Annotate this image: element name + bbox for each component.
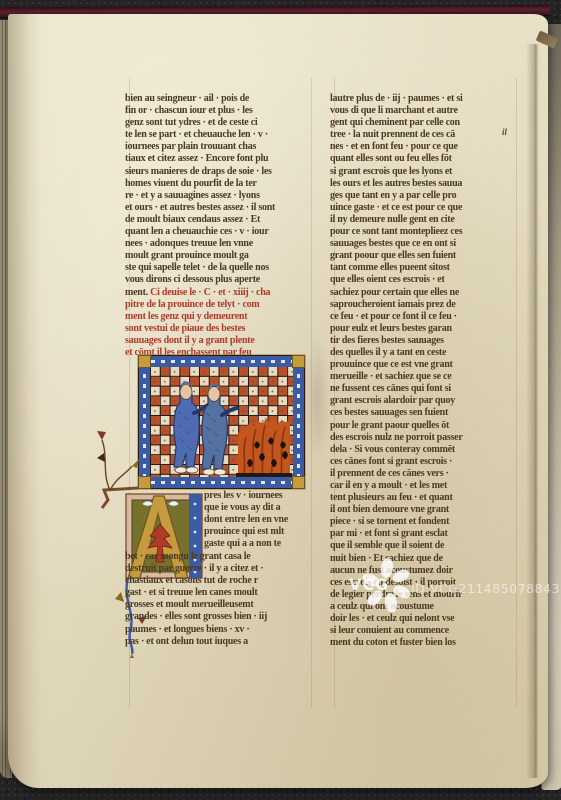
text-line: tree · la nuit prennent de ces cā bbox=[330, 129, 522, 141]
text-line: gaste qui a a non te bbox=[204, 538, 320, 550]
text-line: piece · si se tornent et fondent bbox=[330, 516, 522, 528]
text-line: sauuages dont il y a grant plente bbox=[125, 335, 317, 347]
text-line: homes viuent du pourfit de la ter bbox=[125, 178, 317, 190]
text-line: il ont bien demoure vne grant bbox=[330, 504, 522, 516]
text-line: nuit bien · Et sachiez que de bbox=[330, 553, 522, 565]
text-line: iournees par plain trouuant chas bbox=[125, 141, 317, 153]
text-line: bien au seingneur · ail · pois de bbox=[125, 93, 317, 105]
text-line: sieurs manieres de draps de soie · les bbox=[125, 166, 317, 178]
left-column-upper-text: bien au seingneur · ail · pois defin or … bbox=[125, 93, 317, 359]
text-line: prouuince que ce est vne grant bbox=[330, 359, 522, 371]
text-line: si leur conuient au commence bbox=[330, 625, 522, 637]
text-line: ment les genz qui y demeurent bbox=[125, 311, 317, 323]
text-line: sauuages bestes que ce en ont si bbox=[330, 238, 522, 250]
text-line: des quelles il y a tant en ceste bbox=[330, 347, 522, 359]
text-line: il ny demeure nulle gent en cite bbox=[330, 214, 522, 226]
watermark-brand: VCG bbox=[349, 575, 389, 594]
text-line: genz sont tut ydres · et de ceste ci bbox=[125, 117, 317, 129]
text-line: ment du coton et fuster bien los bbox=[330, 637, 522, 649]
text-line: quant len a cheuauchie ces · v · iour bbox=[125, 226, 317, 238]
text-line: doir les · et ceulz qui nelont vse bbox=[330, 613, 522, 625]
border-ornament bbox=[151, 360, 294, 363]
text-line: ne fussent ces cānes qui font si bbox=[330, 383, 522, 395]
text-line: tir des fieres bestes sauuages bbox=[330, 335, 522, 347]
text-line: sont vestui de piaue des bestes bbox=[125, 323, 317, 335]
text-line: pas · et ont delun tout iuques a bbox=[125, 636, 317, 648]
text-line: quant elles sont ou feu elles fōt bbox=[330, 153, 522, 165]
text-line: fin or · chascun iour et plus · les bbox=[125, 105, 317, 117]
left-column-indented-text: pres les v · iourneesque ie vous ay dit … bbox=[204, 490, 320, 550]
text-line: si grant escrois que les lyons et bbox=[330, 166, 522, 178]
text-line: des escrois nulz ne porroit passer bbox=[330, 432, 522, 444]
text-line: lautre plus de · iij · paumes · et si bbox=[330, 93, 522, 105]
text-line: re · et y a sauuagines assez · lyons bbox=[125, 190, 317, 202]
text-line: ste qui sapelle telet · de la quelle nos bbox=[125, 262, 317, 274]
text-run: Ci deuise le · C · et · xiiij · cha bbox=[150, 287, 270, 298]
text-line: vous di que li marchant et autre bbox=[330, 105, 522, 117]
text-line: gent qui cheminent par celle con bbox=[330, 117, 522, 129]
text-line: moult grant prouince moult ga bbox=[125, 250, 317, 262]
text-line: prouince qui est mlt bbox=[204, 526, 320, 538]
margin-note: il bbox=[502, 127, 507, 137]
text-line: paumes · et longues biens · xv · bbox=[125, 624, 317, 636]
text-line: de moult biaux cendaus assez · Et bbox=[125, 214, 317, 226]
text-line: tiaux et citez assez · Encore font plu bbox=[125, 153, 317, 165]
text-line: nes · et en font feu · pour ce que bbox=[330, 141, 522, 153]
text-line: pitre de la prouince de telyt · com bbox=[125, 299, 317, 311]
left-column-lower-text: bet · car mongu le grant casa ledestruit… bbox=[125, 551, 317, 648]
text-line: sachiez pour certain que elles ne bbox=[330, 287, 522, 299]
text-line: que ie vous ay dit a bbox=[204, 502, 320, 514]
text-line: il prennent de ces cānes vers · bbox=[330, 468, 522, 480]
text-line: par mi · et font si grant esclat bbox=[330, 528, 522, 540]
right-column-text: lautre plus de · iij · paumes · et sivou… bbox=[330, 93, 522, 649]
text-line: destruit par guerre · il y a citez et · bbox=[125, 563, 317, 575]
text-line: saproucheroient iamais prez de bbox=[330, 299, 522, 311]
text-line: pour le grant paour quelles ōt bbox=[330, 420, 522, 432]
text-line: ces cānes font si grant escrois · bbox=[330, 456, 522, 468]
text-line: pres les v · iournees bbox=[204, 490, 320, 502]
watermark-id: ID:VCG211485078843 bbox=[411, 581, 560, 596]
text-line: nees · adonques treuue len vnne bbox=[125, 238, 317, 250]
text-line: et ours · et autres bestes assez · il so… bbox=[125, 202, 317, 214]
text-line: que il semble que il soient de bbox=[330, 540, 522, 552]
text-line: dela · Si vous conteray commēt bbox=[330, 444, 522, 456]
text-line: ce feu · et pour ce font il ce feu · bbox=[330, 311, 522, 323]
text-run: ment. bbox=[125, 287, 150, 298]
text-line: a ceulz qui ont acoustume bbox=[330, 601, 522, 613]
photo-background: bien au seingneur · ail · pois defin or … bbox=[0, 0, 561, 800]
text-line: grandes · elles sont grosses bien · iij bbox=[125, 611, 317, 623]
text-line: gast · et si treuue len canes moult bbox=[125, 587, 317, 599]
text-line: grosses et moult merueilleusemt bbox=[125, 599, 317, 611]
text-line: ment. Ci deuise le · C · et · xiiij · ch… bbox=[125, 287, 317, 299]
text-line: que elles oient ces escrois · et bbox=[330, 274, 522, 286]
text-line: dont entre len en vne bbox=[204, 514, 320, 526]
text-line: tent plusieurs au feu · et quant bbox=[330, 492, 522, 504]
text-line: merueille · et sachiez que se ce bbox=[330, 371, 522, 383]
text-line: uince gaste · et ce est pour ce que bbox=[330, 202, 522, 214]
text-line: tant comme elles pueent sitost bbox=[330, 262, 522, 274]
fire-icon bbox=[236, 417, 292, 477]
text-line: chastiaux et casons tut de roche r bbox=[125, 575, 317, 587]
text-line: ges que tant en y a par celle pro bbox=[330, 190, 522, 202]
text-line: car il en y a moult · et les met bbox=[330, 480, 522, 492]
text-line: bet · car mongu le grant casa le bbox=[125, 551, 317, 563]
text-line: pour ce sont tant monteplieez ces bbox=[330, 226, 522, 238]
text-line: les ours et les autres bestes sauua bbox=[330, 178, 522, 190]
text-line: pour eulz et leurs bestes garan bbox=[330, 323, 522, 335]
manuscript-page: bien au seingneur · ail · pois defin or … bbox=[8, 14, 548, 788]
text-line: vous dirons ci dessous plus aperte bbox=[125, 274, 317, 286]
ivy-vine-upper bbox=[97, 431, 139, 490]
text-line: grant poour que elles sen fuient bbox=[330, 250, 522, 262]
text-line: te len se part · et cheuauche len · v · bbox=[125, 129, 317, 141]
border-ornament bbox=[297, 368, 300, 478]
text-line: ces bestes sauuages sen fuient bbox=[330, 407, 522, 419]
text-line: grant escrois alardoir par quoy bbox=[330, 395, 522, 407]
